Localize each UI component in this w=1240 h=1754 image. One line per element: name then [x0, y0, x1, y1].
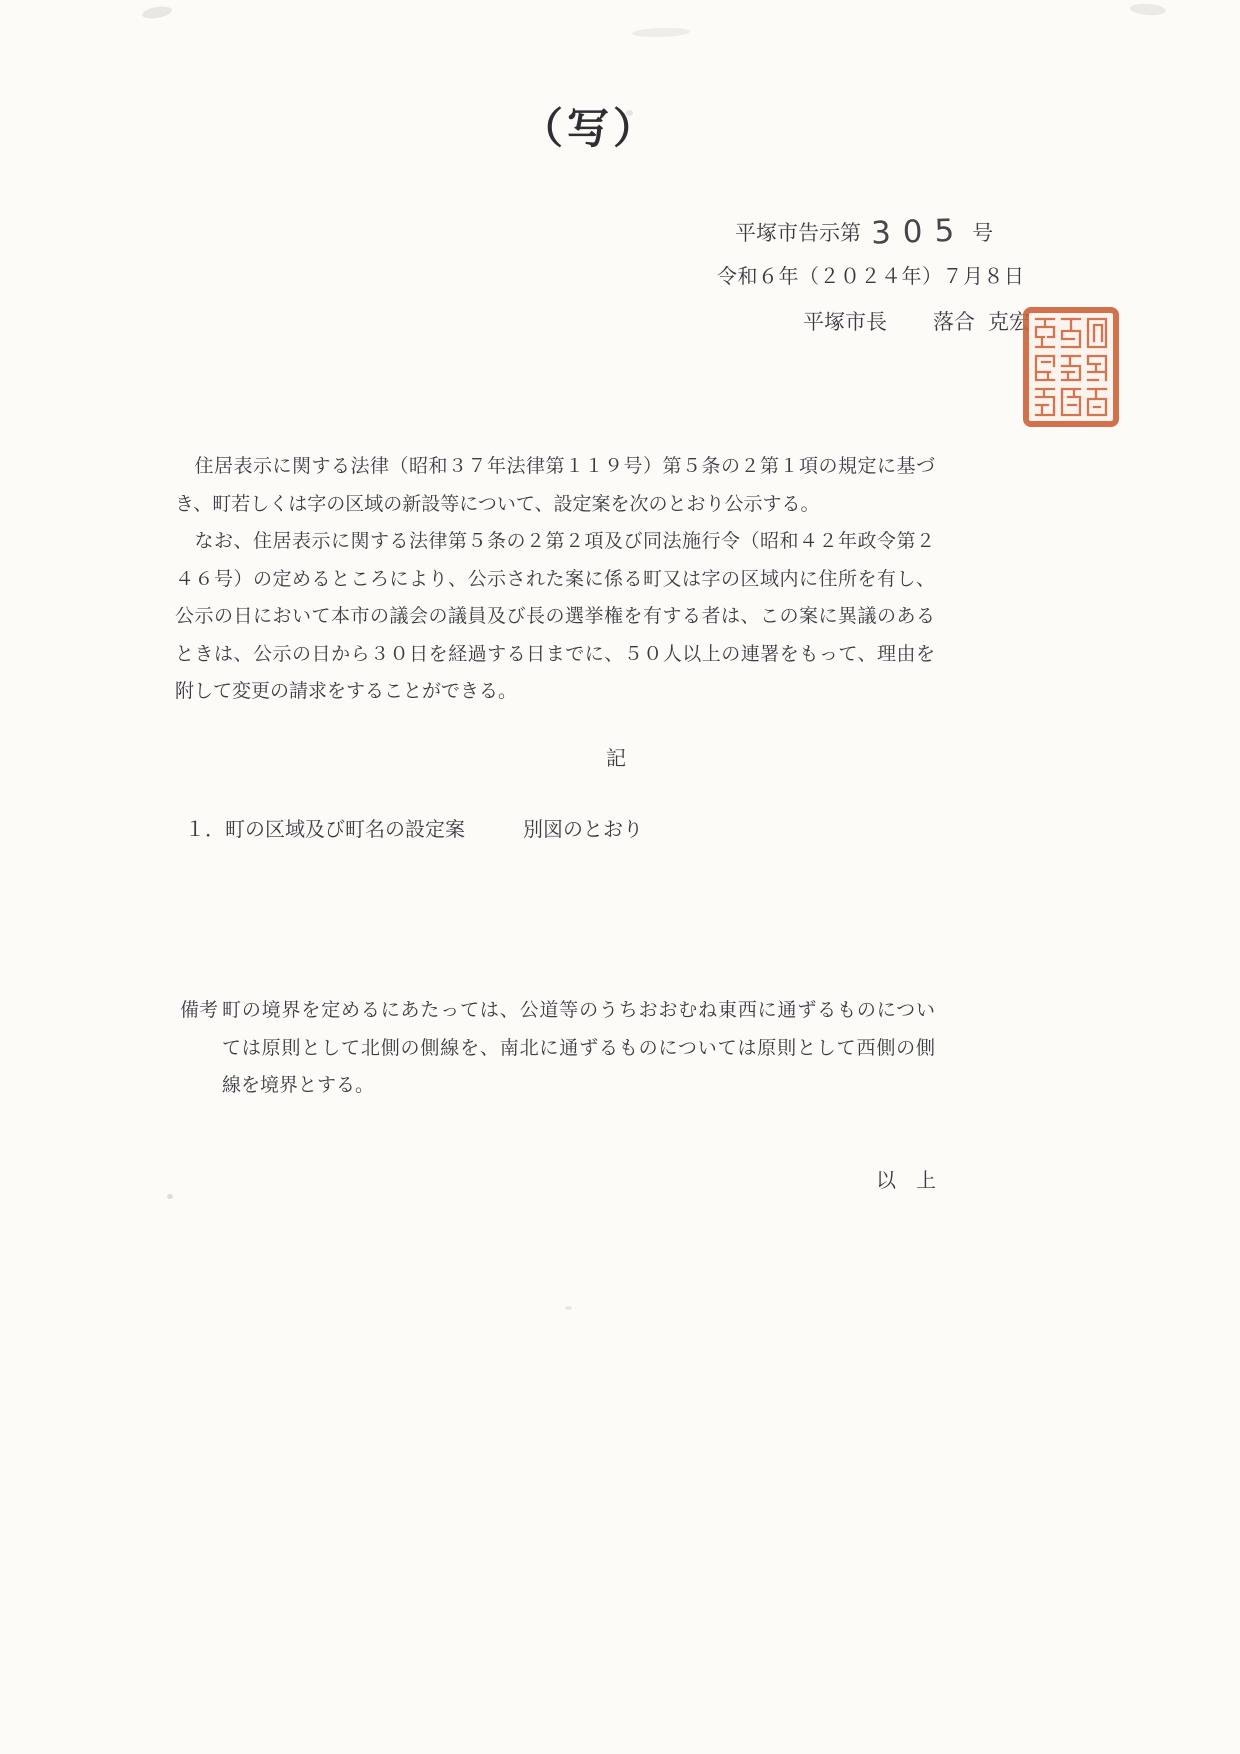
body-line: なお、住居表示に関する法律第５条の２第２項及び同法施行令（昭和４２年政令第２: [175, 523, 935, 561]
issuer-name-last: 落合: [933, 310, 975, 334]
remarks-block: 町の境界を定めるにあたっては、公道等のうちおおむね東西に通ずるものについ ては原…: [222, 992, 935, 1105]
scan-artifact: [1130, 3, 1167, 16]
remarks-label: 備考: [180, 992, 218, 1030]
notice-suffix: 号: [972, 221, 993, 245]
item-line: １．町の区域及び町名の設定案別図のとおり: [185, 813, 643, 842]
closing-text: 以 上: [876, 1164, 936, 1193]
item-label: 町の区域及び町名の設定案: [225, 819, 465, 841]
body-line: ときは、公示の日から３０日を経過する日までに、５０人以上の連署をもって、理由を: [175, 636, 935, 674]
body-text: 住居表示に関する法律（昭和３７年法律第１１９号）第５条の２第１項の規定に基づ き…: [175, 448, 935, 711]
scan-artifact: [141, 4, 172, 20]
ki-heading: 記: [606, 742, 628, 771]
document-page: （写） 平塚市告示第305号 令和６年（２０２４年）７月８日 平塚市長落合克宏 …: [0, 0, 1240, 1754]
seal-graphic: [1022, 306, 1120, 428]
scan-artifact: [565, 1306, 572, 1310]
scan-artifact: [632, 27, 690, 38]
notice-number-line: 平塚市告示第305号: [735, 212, 993, 248]
doc-title: （写）: [0, 96, 1210, 156]
scan-artifact: [167, 1194, 173, 1199]
body-line: き、町若しくは字の区域の新設等について、設定案を次のとおり公示する。: [175, 486, 935, 524]
remarks-line: 線を境界とする。: [222, 1067, 935, 1105]
notice-number-handwritten: 305: [870, 212, 966, 251]
item-value: 別図のとおり: [523, 819, 643, 841]
body-line: 公示の日において本市の議会の議員及び長の選挙権を有する者は、この案に異議のある: [175, 598, 935, 636]
item-number: １．: [185, 819, 225, 841]
body-line: 附して変更の請求をすることができる。: [175, 673, 935, 711]
remarks-line: 町の境界を定めるにあたっては、公道等のうちおおむね東西に通ずるものについ: [222, 992, 935, 1030]
remarks-line: ては原則として北側の側線を、南北に通ずるものについては原則として西側の側: [222, 1030, 935, 1068]
issuer-line: 平塚市長落合克宏: [803, 306, 1030, 336]
body-line: 住居表示に関する法律（昭和３７年法律第１１９号）第５条の２第１項の規定に基づ: [175, 448, 935, 486]
date-line: 令和６年（２０２４年）７月８日: [717, 260, 1025, 289]
mayor-seal: [1022, 306, 1120, 428]
body-line: ４６号）の定めるところにより、公示された案に係る町又は字の区域内に住所を有し、: [175, 561, 935, 599]
issuer-title: 平塚市長: [803, 310, 887, 334]
notice-prefix: 平塚市告示第: [735, 221, 861, 245]
